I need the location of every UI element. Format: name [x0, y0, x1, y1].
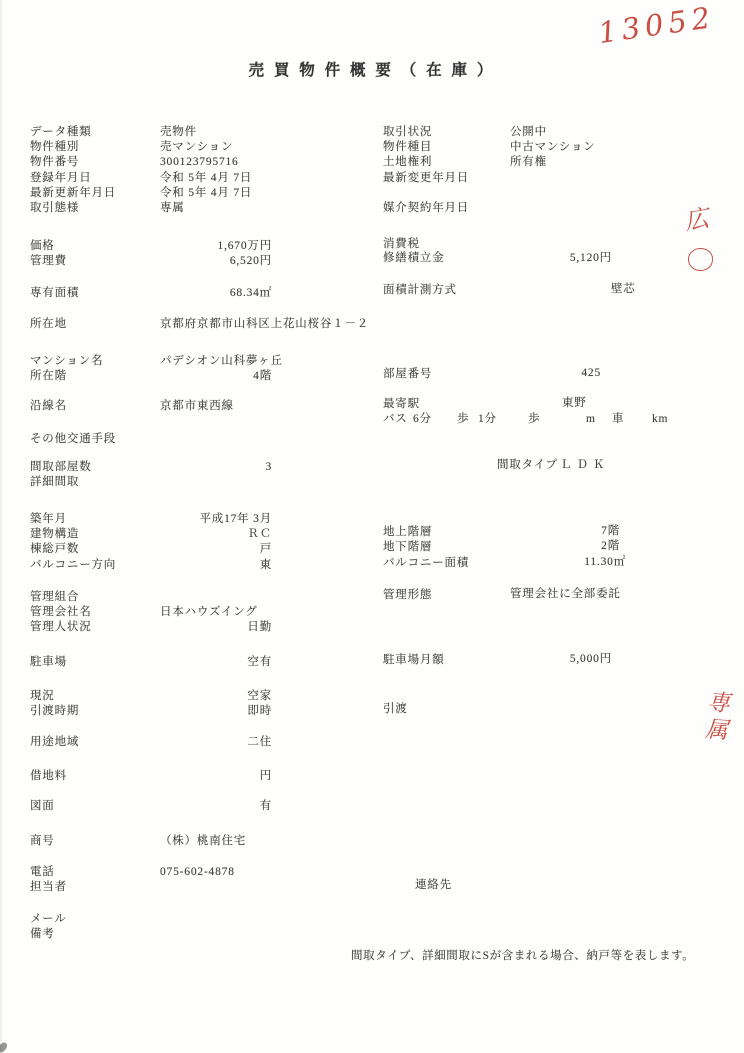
- value-floors-below: 2階: [500, 540, 620, 553]
- label-repair-fund: 修繕積立金: [383, 252, 445, 265]
- label-management-fee: 管理費: [30, 255, 67, 268]
- value-floor: 4階: [160, 370, 272, 383]
- label-transaction-mode: 取引態様: [30, 202, 79, 215]
- label-registered-date: 登録年月日: [30, 172, 92, 185]
- handwritten-ad-mark: 広: [681, 198, 711, 237]
- label-balcony-area: バルコニー面積: [383, 557, 469, 570]
- value-address: 京都府京都市山科区上花山桜谷１－２: [160, 318, 369, 331]
- label-property-number: 物件番号: [30, 156, 79, 169]
- value-total-units: 戸: [160, 543, 272, 556]
- label-property-item: 物件種目: [383, 141, 432, 154]
- value-price: 1,670万円: [160, 240, 272, 253]
- label-handover: 引渡: [383, 703, 408, 716]
- value-rail-line: 京都市東西線: [160, 400, 234, 413]
- value-layout-type: ＬＤＫ: [560, 459, 610, 472]
- value-mgmt-form: 管理会社に全部委託: [510, 588, 621, 601]
- value-property-item: 中古マンション: [510, 141, 596, 154]
- handwritten-circle-mark: [687, 246, 715, 272]
- label-nearest-station: 最寄駅: [383, 398, 420, 411]
- label-layout-type: 間取タイプ: [497, 459, 558, 472]
- label-data-type: データ種類: [30, 126, 92, 139]
- label-mediation-date: 媒介契約年月日: [383, 202, 469, 215]
- value-balcony-area: 11.30㎡: [500, 556, 626, 569]
- value-data-type: 売物件: [160, 126, 197, 139]
- value-repair-fund: 5,120円: [500, 252, 612, 265]
- value-parking-fee: 5,000円: [500, 653, 612, 666]
- label-transaction-status: 取引状況: [383, 126, 432, 139]
- label-handover-timing: 引渡時期: [30, 705, 79, 718]
- label-contact: 連絡先: [415, 879, 452, 892]
- label-address: 所在地: [30, 318, 67, 331]
- label-other-transport: その他交通手段: [30, 433, 116, 446]
- value-rooms: 3: [160, 461, 272, 474]
- scanned-document-page: 13052 広 専属 売 買 物 件 概 要 （ 在 庫 ） データ種類 売物件…: [0, 0, 744, 1053]
- label-land-rent: 借地料: [30, 770, 67, 783]
- value-handover-timing: 即時: [160, 705, 272, 718]
- value-manager-status: 日勤: [160, 621, 272, 634]
- value-structure: ＲＣ: [160, 528, 272, 541]
- access-token-bus: バス: [383, 413, 408, 426]
- label-built: 築年月: [30, 513, 67, 526]
- value-exclusive-area: 68.34㎡: [160, 287, 272, 300]
- label-rail-line: 沿線名: [30, 400, 67, 413]
- label-phone: 電話: [30, 866, 55, 879]
- value-floors-above: 7階: [500, 525, 620, 538]
- value-management-fee: 6,520円: [160, 255, 272, 268]
- label-notes: 備考: [30, 928, 55, 941]
- label-zoning: 用途地域: [30, 736, 79, 749]
- value-phone: 075-602-4878: [160, 866, 235, 879]
- label-structure: 建物構造: [30, 528, 79, 541]
- label-floors-below: 地下階層: [383, 541, 432, 554]
- label-mgmt-company: 管理会社名: [30, 606, 92, 619]
- value-room-no: 425: [500, 367, 601, 380]
- label-parking: 駐車場: [30, 656, 67, 669]
- value-updated-date: 令和 5年 4月 7日: [160, 187, 252, 200]
- label-email: メール: [30, 913, 67, 926]
- label-changed-date: 最新変更年月日: [383, 172, 469, 185]
- value-property-kind: 売マンション: [160, 141, 233, 154]
- label-total-units: 棟総戸数: [30, 543, 79, 556]
- access-token-bus-minutes: 6分: [413, 413, 432, 426]
- label-balcony-dir: バルコニー方向: [30, 559, 116, 572]
- label-exclusive-area: 専有面積: [30, 287, 79, 300]
- label-price: 価格: [30, 240, 55, 253]
- value-land-rent: 円: [160, 770, 272, 783]
- access-token-walk: 歩: [457, 413, 469, 426]
- scan-smudge-artifact: [0, 1041, 9, 1053]
- value-transaction-status: 公開中: [510, 126, 547, 139]
- label-building-name: マンション名: [30, 355, 103, 368]
- value-parking: 空有: [160, 656, 272, 669]
- page-title: 売 買 物 件 概 要 （ 在 庫 ）: [0, 58, 744, 80]
- label-drawing: 図面: [30, 800, 55, 813]
- label-mgmt-assoc: 管理組合: [30, 591, 79, 604]
- value-land-right: 所有権: [510, 156, 547, 169]
- label-area-method: 面積計測方式: [383, 284, 457, 297]
- label-staff: 担当者: [30, 881, 67, 894]
- label-room-no: 部屋番号: [383, 368, 432, 381]
- value-built: 平成17年 3月: [160, 513, 272, 526]
- value-building-name: パデシオン山科夢ヶ丘: [160, 355, 283, 368]
- value-transaction-mode: 専属: [160, 202, 185, 215]
- label-parking-fee: 駐車場月額: [383, 654, 445, 667]
- label-current-state: 現況: [30, 690, 55, 703]
- value-current-state: 空家: [160, 690, 272, 703]
- label-property-kind: 物件種別: [30, 141, 79, 154]
- value-drawing: 有: [160, 800, 272, 813]
- scan-edge-artifact: [0, 0, 3, 1053]
- footer-note: 間取タイプ、詳細間取にSが含まれる場合、納戸等を表します。: [351, 950, 694, 963]
- value-trade-name: （株）桃南住宅: [160, 835, 246, 848]
- label-land-right: 土地権利: [383, 156, 432, 169]
- label-floors-above: 地上階層: [383, 526, 432, 539]
- access-token-walk2: 歩: [528, 413, 540, 426]
- label-mgmt-form: 管理形態: [383, 589, 432, 602]
- value-registered-date: 令和 5年 4月 7日: [160, 172, 252, 185]
- value-zoning: 二住: [160, 736, 272, 749]
- access-token-meters: m: [586, 413, 596, 426]
- label-layout-detail: 詳細間取: [30, 476, 79, 489]
- value-area-method: 壁芯: [611, 283, 636, 296]
- access-token-km: km: [652, 413, 668, 426]
- value-balcony-dir: 東: [160, 559, 272, 572]
- label-rooms: 間取部屋数: [30, 461, 92, 474]
- label-updated-date: 最新更新年月日: [30, 187, 116, 200]
- value-nearest-station: 東野: [562, 397, 587, 410]
- handwritten-vertical-note: 専属: [697, 689, 734, 745]
- value-property-number: 300123795716: [160, 156, 239, 169]
- access-token-car: 車: [612, 413, 624, 426]
- label-manager-status: 管理人状況: [30, 621, 92, 634]
- label-consumption-tax: 消費税: [383, 238, 420, 251]
- access-token-walk-minutes: 1分: [478, 413, 497, 426]
- label-trade-name: 商号: [30, 835, 55, 848]
- label-floor: 所在階: [30, 370, 67, 383]
- handwritten-number: 13052: [596, 0, 717, 50]
- value-mgmt-company: 日本ハウズイング: [160, 606, 258, 619]
